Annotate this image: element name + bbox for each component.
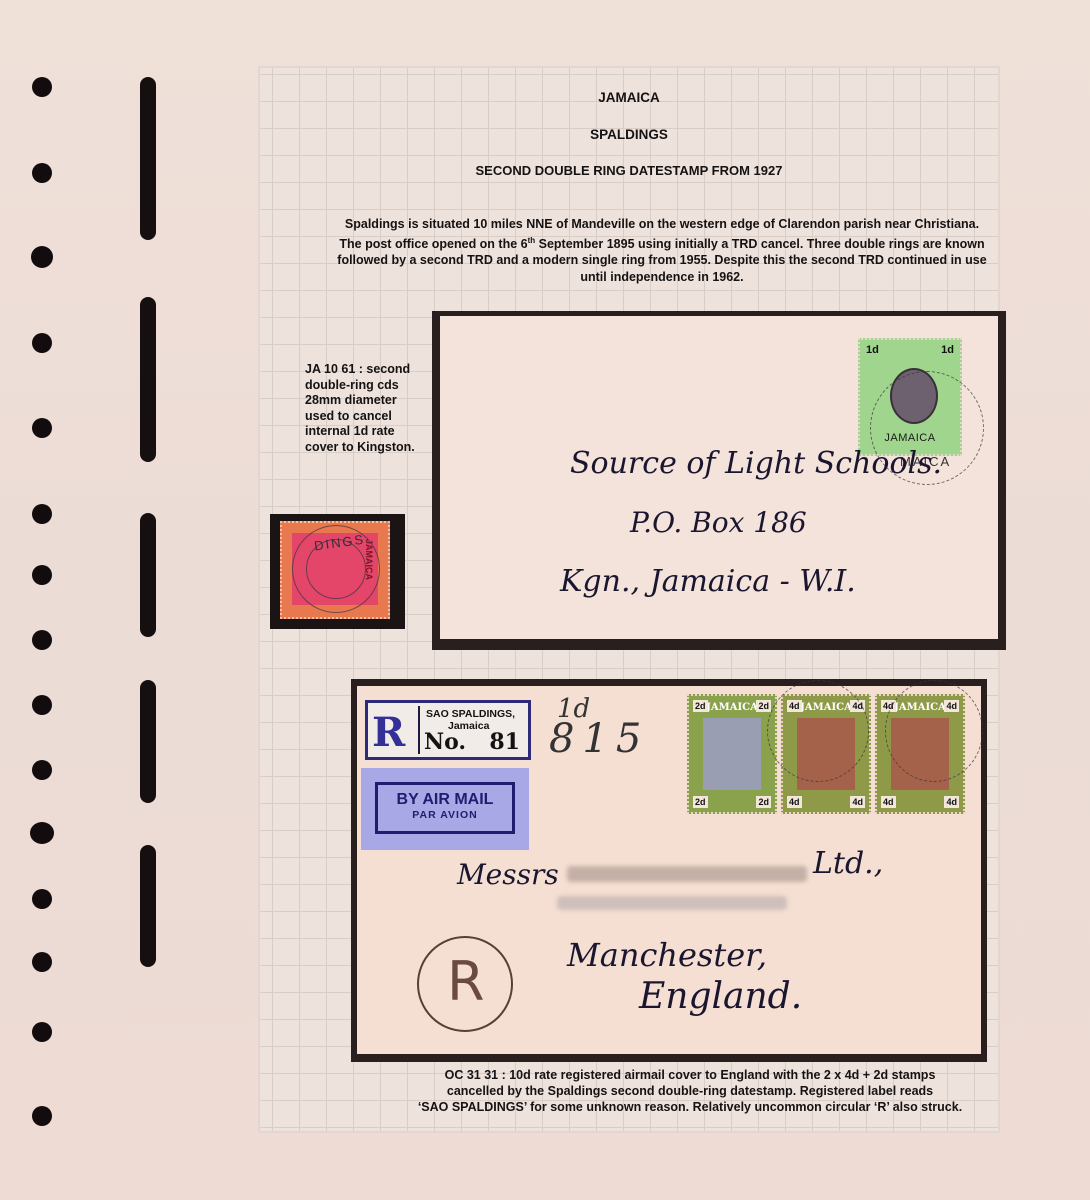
binder-slot	[140, 77, 156, 240]
punch-hole	[32, 77, 52, 97]
address-line: Kgn., Jamaica - W.I.	[560, 564, 856, 599]
address-line: England.	[639, 976, 802, 1017]
registration-letter: R	[372, 709, 405, 756]
airmail-line2: PAR AVION	[378, 809, 512, 821]
punch-hole	[32, 504, 52, 524]
binder-slot	[140, 513, 156, 637]
stamp-value: 1d	[866, 344, 879, 356]
caption-line: OC 31 31 : 10d rate registered airmail c…	[400, 1067, 980, 1083]
stamp-value: 2d	[693, 700, 708, 712]
stamp-value: 4d	[787, 796, 802, 808]
airmail-box: BY AIR MAIL PAR AVION	[375, 782, 515, 834]
erased-name	[557, 896, 787, 910]
stamp-value: 2d	[756, 700, 771, 712]
punch-hole	[32, 630, 52, 650]
address-line: Ltd.,	[813, 846, 883, 881]
airmail-line1: BY AIR MAIL	[378, 791, 512, 809]
page-heading: JAMAICA	[258, 90, 1000, 105]
stamp-2d: JAMAICA 2d 2d 2d 2d	[687, 694, 777, 814]
stamp-value: 2d	[756, 796, 771, 808]
intro-line: followed by a second TRD and a modern si…	[312, 252, 1012, 269]
binder-slot	[140, 845, 156, 967]
punch-hole	[32, 333, 52, 353]
circular-r-mark: R	[417, 936, 513, 1032]
exhibit2-caption: OC 31 31 : 10d rate registered airmail c…	[400, 1067, 980, 1115]
stamp-value: 4d	[850, 796, 865, 808]
intro-line: The post office opened on the 6th Septem…	[312, 233, 1012, 253]
punch-hole	[32, 1022, 52, 1042]
caption-line: ‘SAO SPALDINGS’ for some unknown reason.…	[400, 1099, 980, 1115]
stamp-value: 2d	[693, 796, 708, 808]
note-line: JA 10 61 : second	[305, 362, 435, 378]
punch-hole	[32, 1106, 52, 1126]
intro-line: until independence in 1962.	[312, 269, 1012, 286]
punch-hole	[32, 163, 52, 183]
binder-slot	[140, 680, 156, 803]
registration-no-label: No.	[424, 729, 466, 755]
punch-hole	[32, 695, 52, 715]
note-line: cover to Kingston.	[305, 440, 435, 456]
cover-kingston: 1d 1d JAMAICA MAICA Source of Light Scho…	[440, 316, 998, 639]
pencil-note: 815	[549, 716, 649, 762]
binder-slot	[140, 297, 156, 462]
section-title: SECOND DOUBLE RING DATESTAMP FROM 1927	[258, 163, 1000, 178]
cover-kingston-mount: 1d 1d JAMAICA MAICA Source of Light Scho…	[432, 311, 1006, 650]
intro-paragraph: Spaldings is situated 10 miles NNE of Ma…	[312, 216, 1012, 285]
intro-line: Spaldings is situated 10 miles NNE of Ma…	[312, 216, 1012, 233]
stamp-value: 4d	[944, 796, 959, 808]
caption-line: cancelled by the Spaldings second double…	[400, 1083, 980, 1099]
address-line: Manchester,	[567, 936, 767, 974]
note-line: internal 1d rate	[305, 424, 435, 440]
punch-hole	[32, 418, 52, 438]
exhibit1-note: JA 10 61 : second double-ring cds 28mm d…	[305, 362, 435, 455]
punch-hole	[32, 952, 52, 972]
postmark	[767, 680, 869, 782]
registration-office: SAO SPALDINGS,	[426, 708, 515, 720]
stamp-vignette	[703, 718, 761, 790]
punch-hole	[32, 889, 52, 909]
label-divider	[418, 706, 420, 754]
address-line: P.O. Box 186	[630, 506, 807, 539]
erased-name	[567, 866, 807, 882]
note-line: used to cancel	[305, 409, 435, 425]
circular-r-letter: R	[447, 950, 485, 1013]
note-line: 28mm diameter	[305, 393, 435, 409]
stamp-value: 1d	[941, 344, 954, 356]
postmark	[885, 680, 983, 782]
note-line: double-ring cds	[305, 378, 435, 394]
cover-england: R SAO SPALDINGS, Jamaica No. 81 BY AIR M…	[357, 686, 981, 1054]
punch-hole	[30, 822, 54, 844]
single-stamp-mount: JAMAICA DINGS	[270, 514, 405, 629]
address-line: Source of Light Schools.	[570, 446, 942, 481]
registration-label: R SAO SPALDINGS, Jamaica No. 81	[365, 700, 531, 760]
page-subheading: SPALDINGS	[258, 127, 1000, 142]
punch-hole	[31, 246, 53, 268]
registration-number: 81	[489, 729, 520, 755]
airmail-label: BY AIR MAIL PAR AVION	[361, 768, 529, 850]
cover-england-mount: R SAO SPALDINGS, Jamaica No. 81 BY AIR M…	[351, 679, 987, 1062]
red-stamp: JAMAICA DINGS	[280, 521, 390, 619]
stamp-value: 4d	[881, 796, 896, 808]
punch-hole	[32, 760, 52, 780]
punch-hole	[32, 565, 52, 585]
address-line: Messrs	[457, 858, 559, 891]
